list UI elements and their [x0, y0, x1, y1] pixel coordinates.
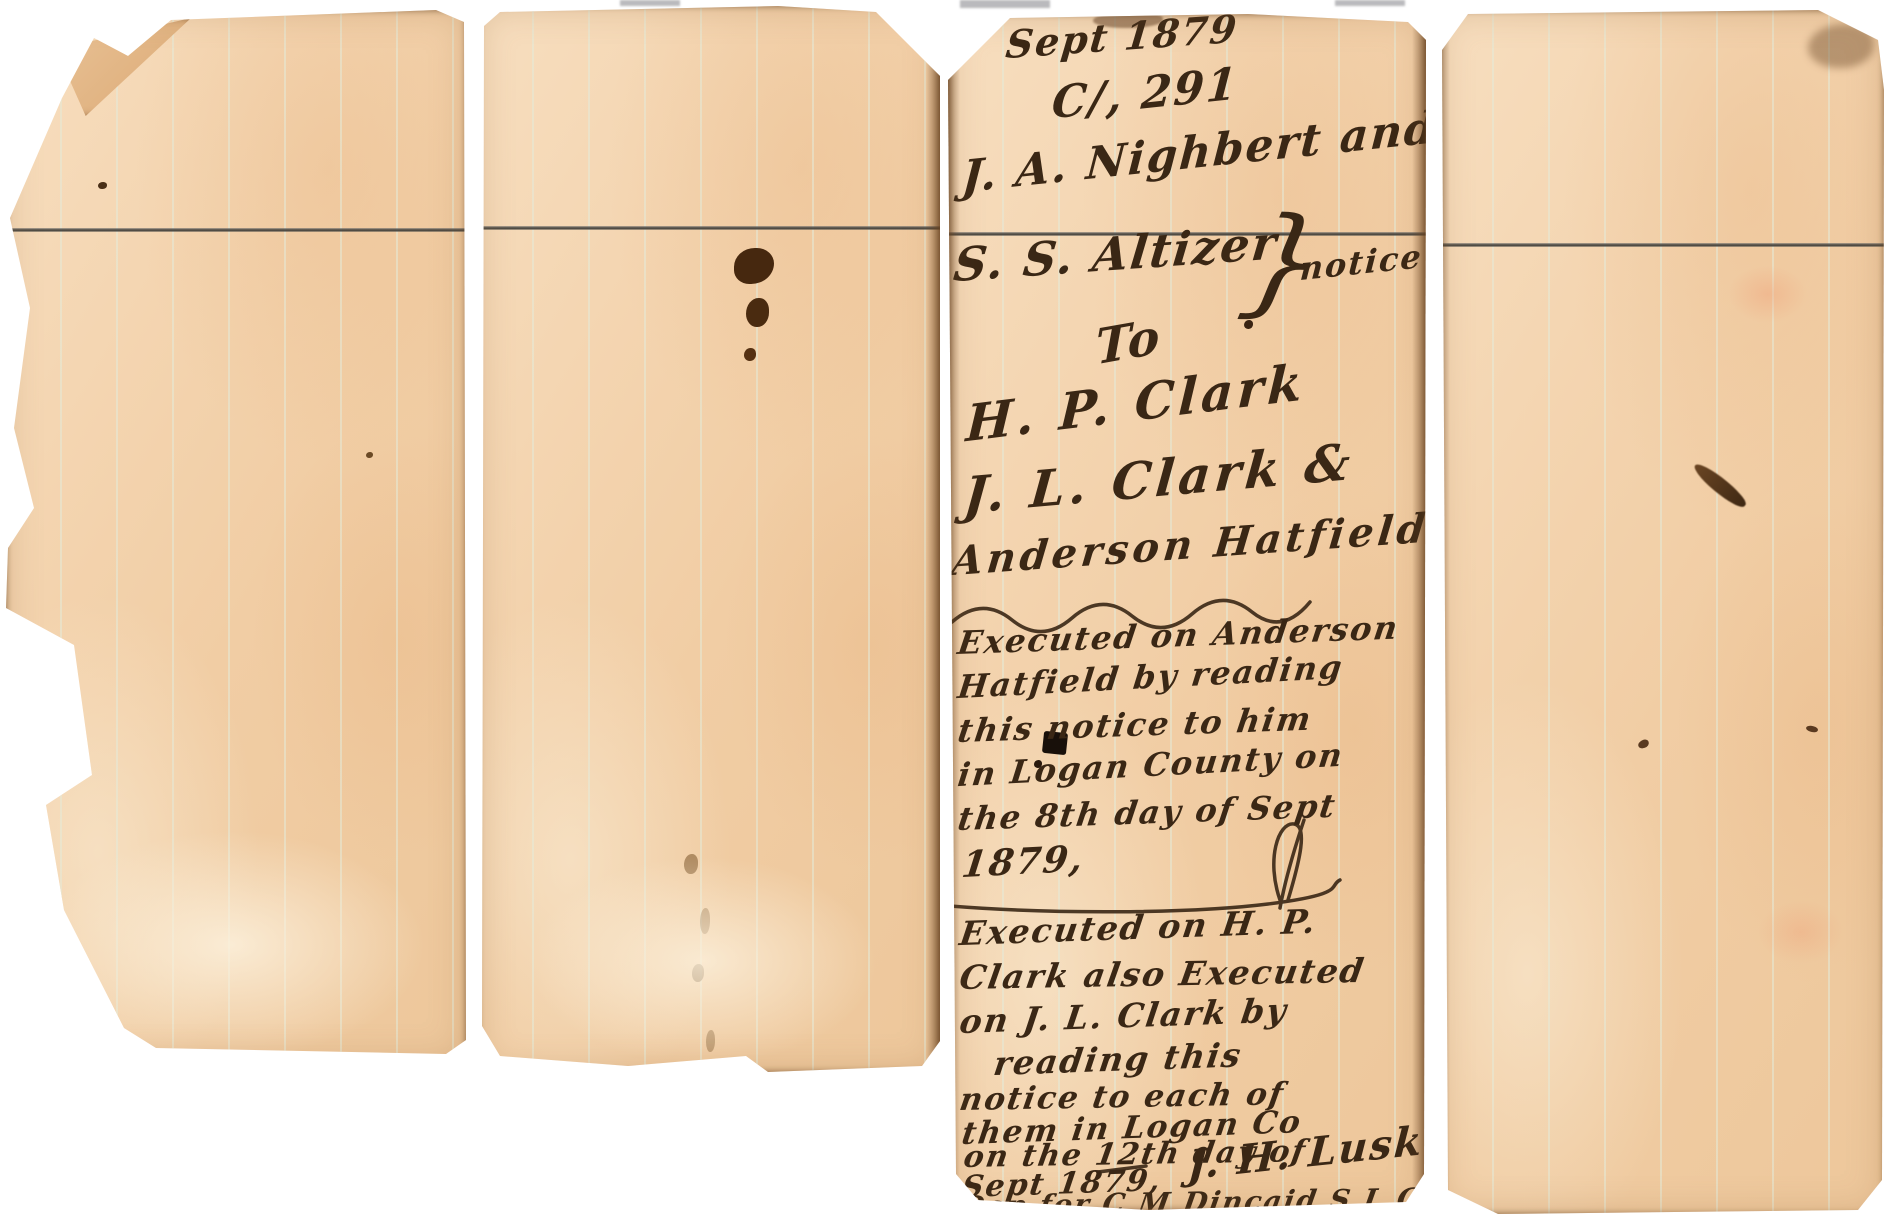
return2-line: on J. L. Clark by [957, 990, 1290, 1041]
ruled-line-horizontal [1438, 243, 1884, 247]
pink-stain [1728, 265, 1808, 323]
ink-blot [746, 298, 769, 327]
stain-streak [706, 1030, 715, 1052]
folded-corner [56, 18, 191, 116]
stain-streak [700, 908, 710, 934]
scanned-document: Sept 1879 C/, 291 J. A. Nighbert and S. … [0, 0, 1888, 1218]
term-date: Sept 1879 [1004, 6, 1241, 68]
return2-line: Clark also Executed [957, 951, 1368, 997]
corner-stain [1808, 24, 1874, 68]
ink-streak [1691, 459, 1750, 512]
fold-edge [926, 6, 940, 1072]
scan-artifact [620, 0, 680, 6]
case-number: C/, 291 [1050, 58, 1240, 129]
stain-streak [692, 964, 704, 982]
to-label: To [1096, 308, 1161, 376]
scan-artifact [960, 0, 1050, 8]
return1-line: the 8th day of Sept [955, 787, 1339, 838]
ink-speck [98, 182, 107, 189]
ink-speck [1805, 725, 1818, 734]
ink-blot [734, 248, 774, 284]
water-stain [528, 856, 878, 1066]
return2-line: reading this [991, 1035, 1245, 1083]
paper-panel-1 [6, 10, 466, 1062]
paper-panel-3: Sept 1879 C/, 291 J. A. Nighbert and S. … [948, 14, 1426, 1210]
ruled-line-horizontal [478, 226, 940, 230]
pink-stain [1758, 900, 1844, 964]
ink-speck [1637, 738, 1650, 749]
ink-blot [744, 348, 756, 361]
fold-edge [1412, 14, 1426, 1210]
plaintiff-name-2: S. S. Altizer [951, 215, 1281, 292]
paper-panel-2 [478, 6, 940, 1072]
return1-line: 1879, [959, 837, 1087, 886]
ink-speck [366, 452, 373, 458]
fold-edge [1438, 10, 1450, 1214]
plaintiff-name-1: J. A. Nighbert and [960, 102, 1438, 204]
stain-streak [684, 854, 698, 874]
paper-panel-4 [1438, 10, 1884, 1214]
ruled-line-horizontal [6, 228, 466, 232]
scan-artifact [1335, 0, 1405, 6]
return2-line: Executed on H. P. [957, 901, 1319, 953]
water-stain [36, 830, 426, 1060]
